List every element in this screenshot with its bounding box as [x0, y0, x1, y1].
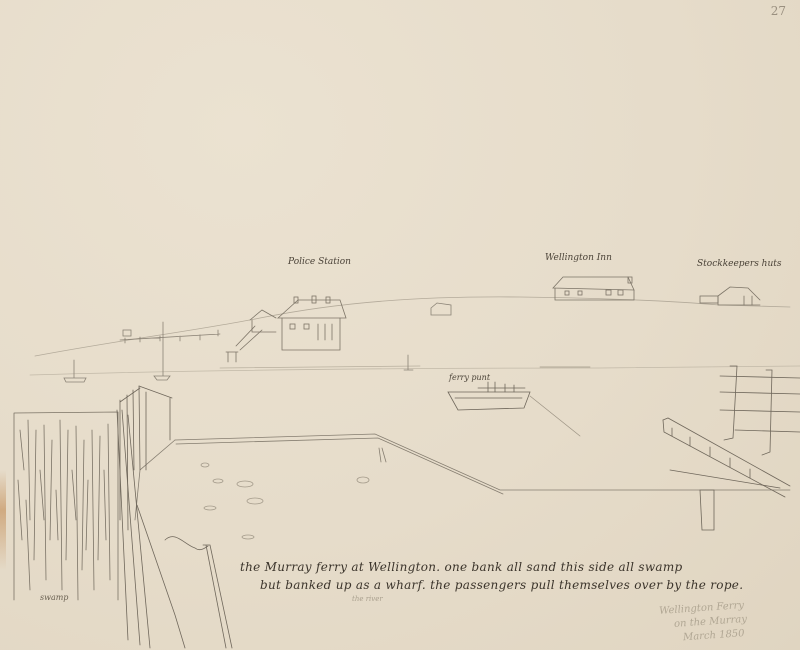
hill-horizon — [35, 297, 790, 356]
caption-faint-note: the river — [352, 595, 383, 603]
sailboat-left — [64, 360, 86, 382]
page-number: 27 — [771, 4, 786, 18]
stockkeepers-huts — [700, 287, 760, 305]
small-boat-river — [404, 355, 413, 370]
police-station-building — [226, 296, 346, 362]
caption-line-2: but banked up as a wharf. the passengers… — [240, 576, 800, 594]
sketchbook-page: 27 Police Station Wellington Inn Stockke… — [0, 0, 800, 650]
far-jetty — [120, 330, 220, 343]
label-wellington-inn: Wellington Inn — [545, 253, 612, 263]
ferry-landscape-sketch — [0, 0, 800, 650]
ferry-punt — [448, 382, 580, 436]
label-swamp: swamp — [40, 593, 68, 602]
label-police-station: Police Station — [288, 257, 351, 267]
label-ferry-punt: ferry punt — [449, 373, 490, 382]
right-landing-stage — [663, 366, 800, 530]
caption-line-1: the Murray ferry at Wellington. one bank… — [240, 558, 800, 576]
wharf-stones — [201, 463, 369, 539]
swamp-reeds — [14, 412, 118, 600]
wellington-inn-building — [553, 277, 634, 300]
label-stockkeepers-huts: Stockkeepers huts — [697, 259, 782, 269]
small-hut — [431, 303, 451, 315]
left-fence — [117, 386, 232, 648]
sketch-caption: the Murray ferry at Wellington. one bank… — [240, 558, 800, 594]
river-far-bank — [30, 366, 800, 375]
